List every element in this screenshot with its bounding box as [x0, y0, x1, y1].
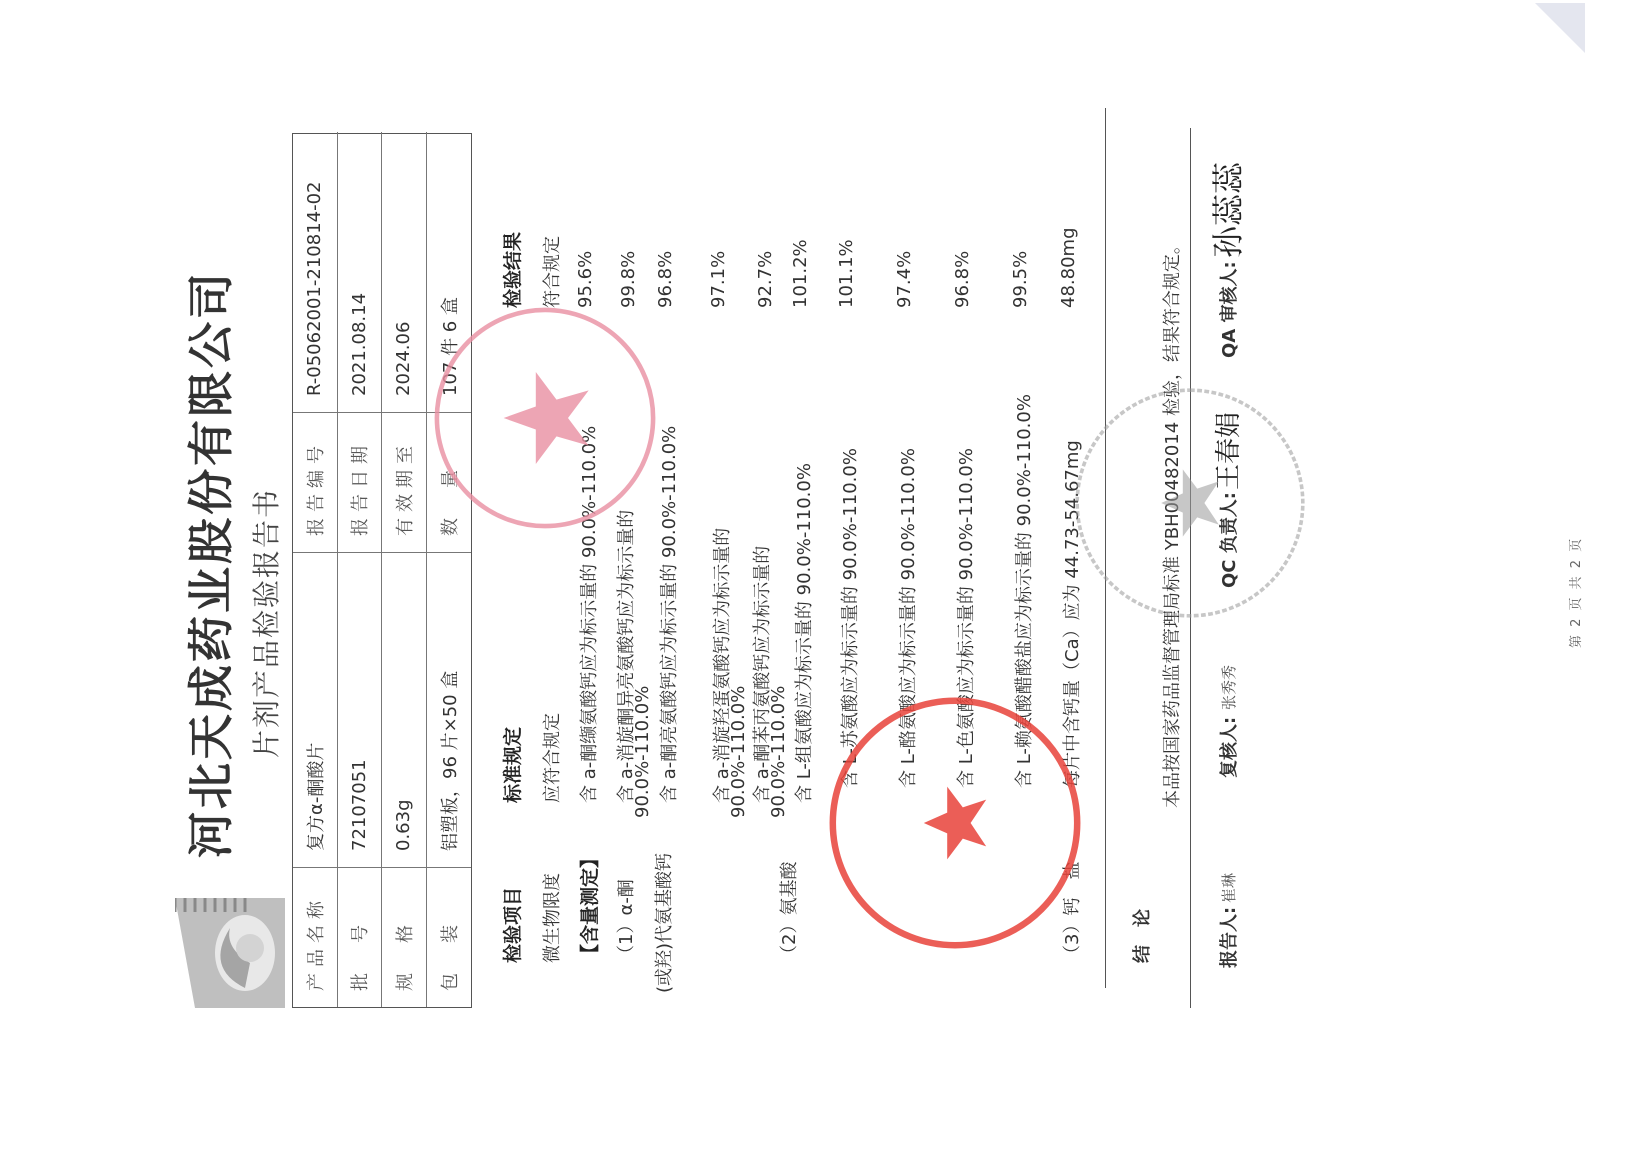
- amino-result: 101.1%: [836, 239, 857, 308]
- report-page: 河北天成药业股份有限公司 片剂产品检验报告书 产品名称 复方α-酮酸片 报告编号…: [0, 0, 1638, 1158]
- qa-label: QA 审核人:: [1215, 261, 1241, 358]
- reporter-name: 崔琳: [1218, 873, 1239, 903]
- product-name-value: 复方α-酮酸片: [293, 552, 338, 867]
- report-subtitle: 片剂产品检验报告书: [245, 488, 285, 758]
- qa-signature: 孙蕊蕊: [1203, 162, 1249, 258]
- receiver-stamp: [430, 303, 660, 533]
- amino-standard: 含 L-组氨酸应为标示量的 90.0%-110.0%: [790, 463, 816, 803]
- company-logo-icon: [175, 898, 285, 1008]
- alpha-standard-range: 90.0%-110.0%: [632, 686, 653, 818]
- report-date-value: 2021.08.14: [338, 132, 383, 412]
- micro-item: 微生物限度: [538, 873, 564, 963]
- scan-corner: [1535, 3, 1585, 53]
- alpha-result: 99.8%: [618, 251, 639, 308]
- batch-value: 72107051: [338, 552, 383, 867]
- reviewer-label: 复核人:: [1215, 717, 1241, 778]
- alpha-result: 95.6%: [575, 251, 596, 308]
- info-table: 产品名称 复方α-酮酸片 报告编号 R-05062001-210814-02 批…: [292, 133, 472, 1008]
- alpha-result: 92.7%: [755, 251, 776, 308]
- amino-result: 99.5%: [1010, 251, 1031, 308]
- micro-result: 符合规定: [538, 236, 564, 308]
- assay-title: 【含量测定】: [575, 849, 602, 963]
- reporter-label: 报告人:: [1215, 907, 1241, 968]
- alpha-standard-range: 90.0%-110.0%: [768, 686, 789, 818]
- company-name: 河北天成药业股份有限公司: [175, 270, 241, 858]
- page-number: 第 2 页 共 2 页: [1565, 537, 1584, 648]
- amino-result: 96.8%: [952, 251, 973, 308]
- amino-result: 97.4%: [894, 251, 915, 308]
- amino-result: 101.2%: [790, 239, 811, 308]
- alpha-title-2: (或羟)代氨基酸钙: [650, 853, 676, 993]
- reviewer-name: 张秀秀: [1218, 665, 1239, 710]
- alpha-result: 97.1%: [708, 251, 729, 308]
- report-date-label: 报告日期: [338, 412, 383, 552]
- col-standard-header: 标准规定: [498, 727, 525, 803]
- calcium-result: 48.80mg: [1058, 228, 1079, 309]
- spec-label: 规 格: [382, 867, 427, 1007]
- conclusion-label: 结 论: [1128, 909, 1154, 963]
- report-no-label: 报告编号: [293, 412, 338, 552]
- star-icon: [1070, 383, 1310, 623]
- package-label: 包 装: [427, 867, 472, 1007]
- col-result-header: 检验结果: [498, 232, 525, 308]
- expiry-value: 2024.06: [382, 132, 427, 412]
- col-item-header: 检验项目: [498, 887, 525, 963]
- star-icon: [825, 693, 1085, 953]
- report-no-value: R-05062001-210814-02: [293, 132, 338, 412]
- alpha-title-1: （1）α-酮: [612, 879, 638, 963]
- copy-stamp: [1070, 383, 1310, 623]
- micro-standard: 应符合规定: [538, 713, 564, 803]
- product-name-label: 产品名称: [293, 867, 338, 1007]
- alpha-result: 96.8%: [655, 251, 676, 308]
- batch-label: 批 号: [338, 867, 383, 1007]
- company-qa-stamp: [825, 693, 1085, 953]
- expiry-label: 有效期至: [382, 412, 427, 552]
- amino-title: （2）氨基酸: [775, 862, 801, 963]
- package-value: 铝塑板，96 片×50 盒: [427, 552, 472, 867]
- alpha-standard-range: 90.0%-110.0%: [728, 686, 749, 818]
- star-icon: [430, 303, 660, 533]
- spec-value: 0.63g: [382, 552, 427, 867]
